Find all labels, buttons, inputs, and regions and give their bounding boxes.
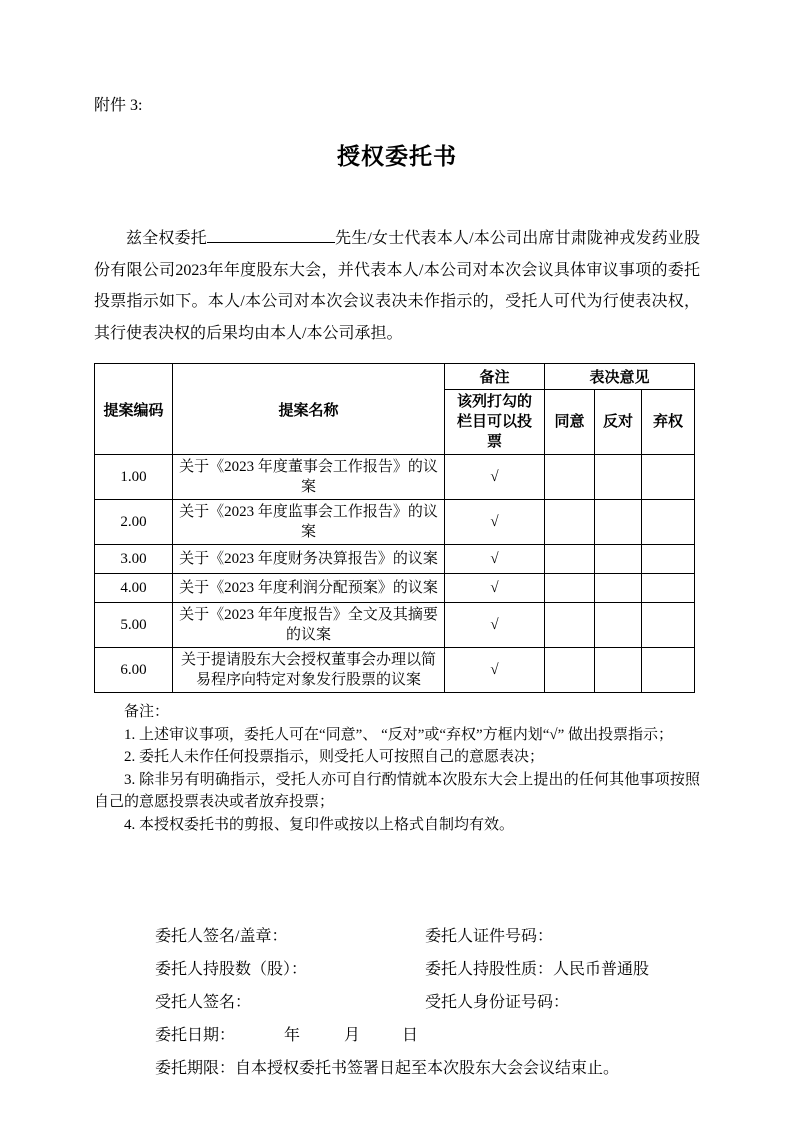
- cell-abstain: [642, 603, 695, 648]
- cell-code: 3.00: [95, 545, 173, 574]
- cell-code: 1.00: [95, 455, 173, 500]
- cell-name: 关于《2023 年度利润分配预案》的议案: [173, 574, 445, 603]
- cell-remark-check: √: [445, 648, 545, 693]
- note-item: 2. 委托人未作任何投票指示，则受托人可按照自己的意愿表决；: [94, 746, 700, 769]
- signature-row: 受托人签名： 受托人身份证号码：: [94, 986, 700, 1019]
- cell-agree: [545, 455, 595, 500]
- cell-remark-check: √: [445, 574, 545, 603]
- proxy-term-line: 委托期限：自本授权委托书签署日起至本次股东大会会议结束止。: [94, 1052, 700, 1085]
- principal-signature-label: 委托人签名/盖章：: [155, 920, 425, 953]
- header-proposal-name: 提案名称: [173, 364, 445, 455]
- intro-before-blank: 兹全权委托: [126, 230, 207, 247]
- cell-agree: [545, 574, 595, 603]
- notes-section: 备注： 1. 上述审议事项，委托人可在“同意”、 “反对”或“弃权”方框内划“√…: [94, 701, 700, 836]
- cell-against: [595, 500, 642, 545]
- note-item: 3. 除非另有明确指示，受托人亦可自行酌情就本次股东大会上提出的任何其他事项按照…: [94, 769, 700, 814]
- cell-agree: [545, 500, 595, 545]
- agent-signature-label: 受托人签名：: [155, 986, 425, 1019]
- date-year-label: 年: [284, 1027, 300, 1044]
- cell-abstain: [642, 500, 695, 545]
- cell-name: 关于《2023 年度董事会工作报告》的议案: [173, 455, 445, 500]
- table-row: 6.00 关于提请股东大会授权董事会办理以简易程序向特定对象发行股票的议案 √: [95, 648, 695, 693]
- header-against: 反对: [595, 390, 642, 455]
- header-proposal-code: 提案编码: [95, 364, 173, 455]
- note-item: 1. 上述审议事项，委托人可在“同意”、 “反对”或“弃权”方框内划“√” 做出…: [94, 724, 700, 747]
- principal-shares-label: 委托人持股数（股）：: [155, 953, 425, 986]
- cell-abstain: [642, 648, 695, 693]
- principal-id-label: 委托人证件号码：: [425, 920, 553, 953]
- cell-code: 4.00: [95, 574, 173, 603]
- cell-code: 5.00: [95, 603, 173, 648]
- cell-abstain: [642, 574, 695, 603]
- date-day-label: 日: [402, 1027, 418, 1044]
- cell-against: [595, 603, 642, 648]
- table-row: 5.00 关于《2023 年年度报告》全文及其摘要的议案 √: [95, 603, 695, 648]
- note-item: 4. 本授权委托书的剪报、复印件或按以上格式自制均有效。: [94, 814, 700, 837]
- cell-agree: [545, 648, 595, 693]
- header-agree: 同意: [545, 390, 595, 455]
- cell-remark-check: √: [445, 603, 545, 648]
- table-row: 3.00 关于《2023 年度财务决算报告》的议案 √: [95, 545, 695, 574]
- cell-against: [595, 455, 642, 500]
- cell-code: 2.00: [95, 500, 173, 545]
- cell-remark-check: √: [445, 455, 545, 500]
- cell-against: [595, 648, 642, 693]
- header-vote-opinion: 表决意见: [545, 364, 695, 390]
- table-header-row-1: 提案编码 提案名称 备注 表决意见: [95, 364, 695, 390]
- attachment-label: 附件 3:: [94, 96, 700, 116]
- page-title: 授权委托书: [94, 138, 700, 171]
- date-month-label: 月: [344, 1027, 360, 1044]
- header-remark-sub: 该列打勾的栏目可以投票: [445, 390, 545, 455]
- header-abstain: 弃权: [642, 390, 695, 455]
- principal-name-blank: [207, 229, 335, 243]
- date-label: 委托日期：: [155, 1027, 235, 1044]
- intro-paragraph: 兹全权委托先生/女士代表本人/本公司出席甘肃陇神戎发药业股份有限公司2023年年…: [94, 223, 700, 349]
- cell-against: [595, 545, 642, 574]
- cell-abstain: [642, 455, 695, 500]
- signature-row: 委托人持股数（股）： 委托人持股性质：人民币普通股: [94, 953, 700, 986]
- signature-row: 委托人签名/盖章： 委托人证件号码：: [94, 920, 700, 953]
- proposal-table: 提案编码 提案名称 备注 表决意见 该列打勾的栏目可以投票 同意 反对 弃权 1…: [94, 363, 695, 693]
- cell-abstain: [642, 545, 695, 574]
- cell-code: 6.00: [95, 648, 173, 693]
- cell-against: [595, 574, 642, 603]
- document-page: 附件 3: 授权委托书 兹全权委托先生/女士代表本人/本公司出席甘肃陇神戎发药业…: [0, 0, 794, 1122]
- header-remark: 备注: [445, 364, 545, 390]
- principal-share-type-label: 委托人持股性质：人民币普通股: [425, 953, 649, 986]
- table-row: 1.00 关于《2023 年度董事会工作报告》的议案 √: [95, 455, 695, 500]
- signature-section: 委托人签名/盖章： 委托人证件号码： 委托人持股数（股）： 委托人持股性质：人民…: [94, 920, 700, 1085]
- cell-name: 关于《2023 年度财务决算报告》的议案: [173, 545, 445, 574]
- agent-id-label: 受托人身份证号码：: [425, 986, 569, 1019]
- cell-remark-check: √: [445, 545, 545, 574]
- cell-name: 关于提请股东大会授权董事会办理以简易程序向特定对象发行股票的议案: [173, 648, 445, 693]
- table-row: 4.00 关于《2023 年度利润分配预案》的议案 √: [95, 574, 695, 603]
- table-row: 2.00 关于《2023 年度监事会工作报告》的议案 √: [95, 500, 695, 545]
- cell-agree: [545, 545, 595, 574]
- cell-agree: [545, 603, 595, 648]
- notes-label: 备注：: [94, 701, 700, 724]
- cell-name: 关于《2023 年度监事会工作报告》的议案: [173, 500, 445, 545]
- cell-remark-check: √: [445, 500, 545, 545]
- proxy-date-line: 委托日期： 年 月 日: [94, 1019, 700, 1052]
- cell-name: 关于《2023 年年度报告》全文及其摘要的议案: [173, 603, 445, 648]
